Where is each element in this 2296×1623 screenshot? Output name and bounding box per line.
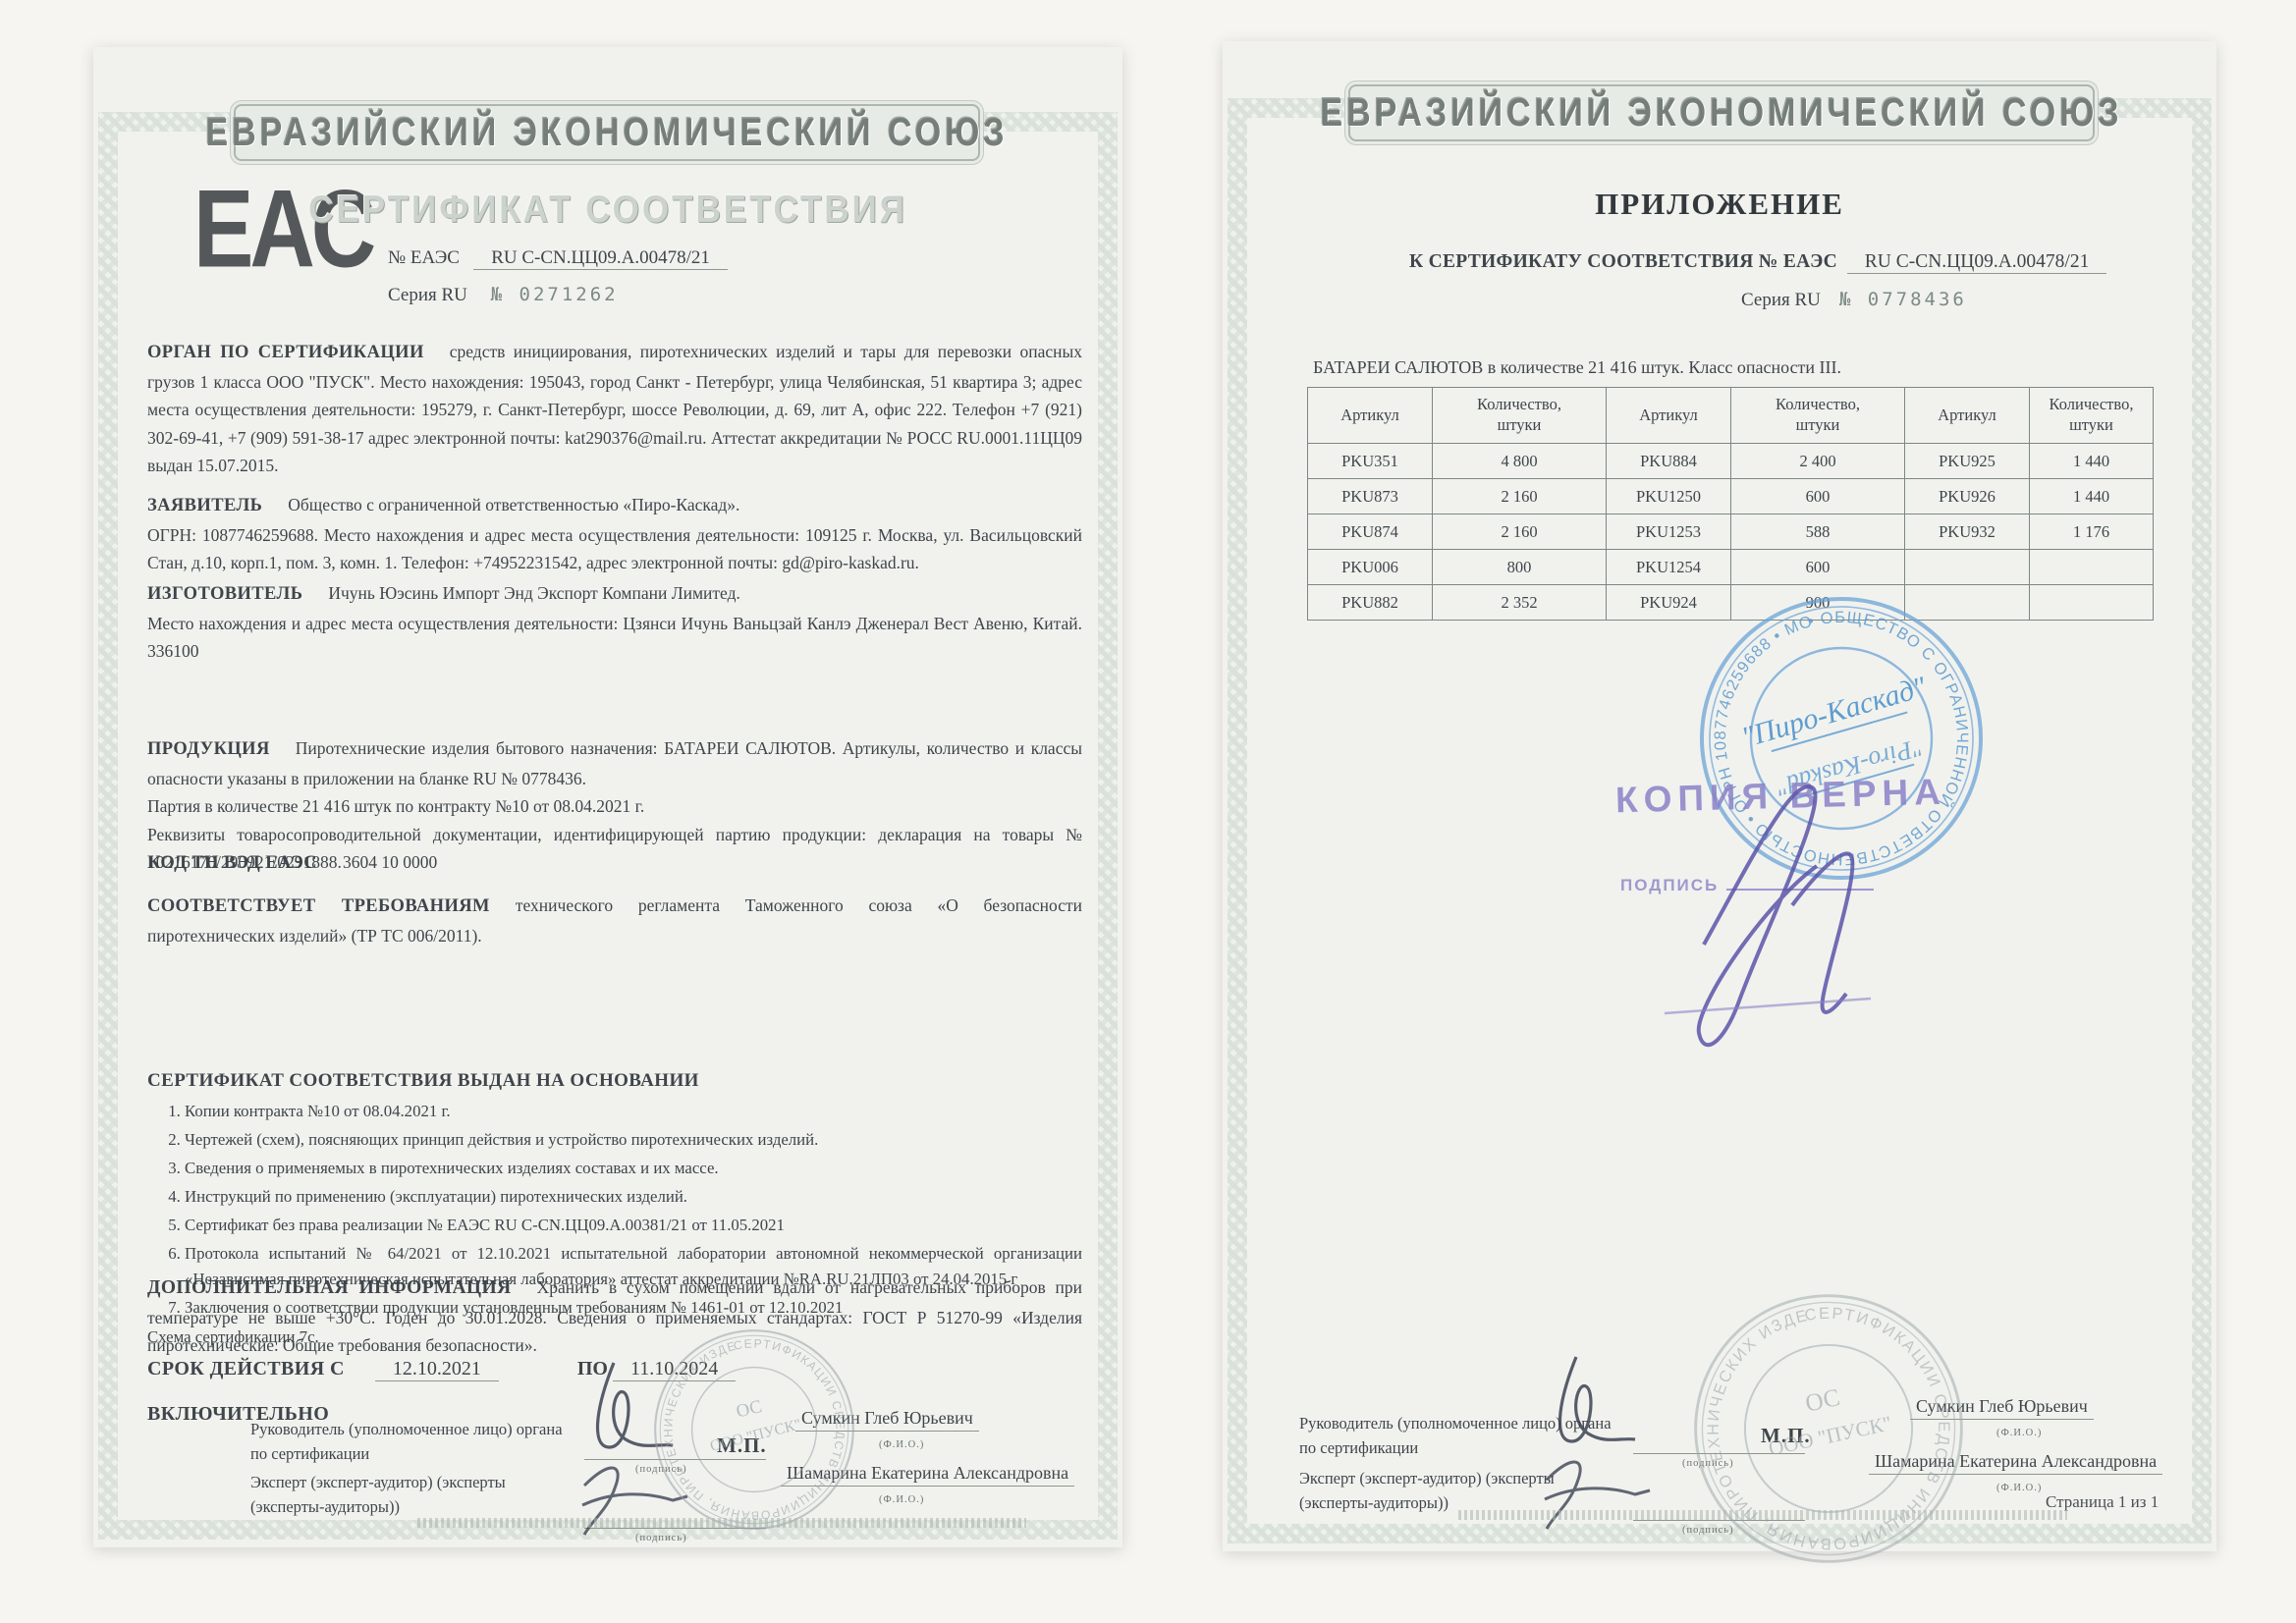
cell: PKU1250: [1607, 479, 1731, 514]
cell: 1 440: [2030, 444, 2154, 479]
annex-series-number: № 0778436: [1839, 289, 1967, 310]
manufacturer-section: ИЗГОТОВИТЕЛЬИчунь Юэсинь Импорт Энд Эксп…: [147, 579, 1082, 666]
annex-title: ПРИЛОЖЕНИЕ: [1223, 187, 2216, 222]
cell: 2 160: [1433, 479, 1607, 514]
cell: PKU926: [1905, 479, 2030, 514]
table-row: PKU3514 800PKU8842 400PKU9251 440: [1308, 444, 2154, 479]
annex-subtitle-label: К СЕРТИФИКАТУ СООТВЕТСТВИЯ № ЕАЭС: [1409, 251, 1837, 272]
page-number-note: Страница 1 из 1: [2046, 1492, 2159, 1512]
printer-microtext: [417, 1518, 1026, 1528]
manufacturer-label: ИЗГОТОВИТЕЛЬ: [147, 584, 302, 604]
certification-body-section: ОРГАН ПО СЕРТИФИКАЦИИсредств инициирован…: [147, 338, 1082, 479]
applicant-name: Общество с ограниченной ответственностью…: [288, 495, 739, 514]
applicant-details: ОГРН: 1087746259688. Место нахождения и …: [147, 521, 1082, 577]
validity-from: 12.10.2021: [375, 1358, 499, 1381]
additional-info-label: ДОПОЛНИТЕЛЬНАЯ ИНФОРМАЦИЯ: [147, 1277, 512, 1298]
os-stamp-center2: ООО "ПУСК": [1767, 1411, 1894, 1460]
certificate-page: ЕВРАЗИЙСКИЙ ЭКОНОМИЧЕСКИЙ СОЮЗ EAC СЕРТИ…: [93, 47, 1122, 1547]
additional-info-section: ДОПОЛНИТЕЛЬНАЯ ИНФОРМАЦИЯХранить в сухом…: [147, 1272, 1082, 1359]
cell: PKU882: [1308, 585, 1433, 621]
cell: [2030, 550, 2154, 585]
os-stamp-center2: ООО "ПУСК": [708, 1416, 802, 1454]
cell: PKU006: [1308, 550, 1433, 585]
eaeu-banner: ЕВРАЗИЙСКИЙ ЭКОНОМИЧЕСКИЙ СОЮЗ: [1348, 84, 2095, 141]
col-header: Количество,штуки: [1731, 388, 1905, 444]
cell: PKU1254: [1607, 550, 1731, 585]
cell: 1 440: [2030, 479, 2154, 514]
certificate-title: СЕРТИФИКАТ СООТВЕТСТВИЯ: [93, 189, 1122, 232]
certificate-number-line: № ЕАЭС RU C-CN.ЦЦ09.А.00478/21: [388, 247, 728, 269]
cell: PKU925: [1905, 444, 2030, 479]
col-header: Количество,штуки: [1433, 388, 1607, 444]
manufacturer-details: Место нахождения и адрес места осуществл…: [147, 610, 1082, 666]
table-header-row: Артикул Количество,штуки Артикул Количес…: [1308, 388, 2154, 444]
expert-signer-label: Эксперт (эксперт-аудитор) (эксперты (экс…: [250, 1471, 574, 1520]
cell: 2 352: [1433, 585, 1607, 621]
cell: PKU351: [1308, 444, 1433, 479]
basis-item: Инструкций по применению (эксплуатации) …: [185, 1184, 1082, 1210]
cell: 2 160: [1433, 514, 1607, 550]
cell: PKU1253: [1607, 514, 1731, 550]
eaeu-banner: ЕВРАЗИЙСКИЙ ЭКОНОМИЧЕСКИЙ СОЮЗ: [234, 104, 980, 161]
annex-series-line: Серия RU № 0778436: [1741, 289, 1967, 311]
tnved-label: КОД ТН ВЭД ЕАЭС: [147, 853, 317, 873]
fio-caption: (Ф.И.О.): [1996, 1428, 2042, 1438]
cell: 4 800: [1433, 444, 1607, 479]
cell: PKU924: [1607, 585, 1731, 621]
applicant-section: ЗАЯВИТЕЛЬОбщество с ограниченной ответст…: [147, 491, 1082, 577]
product-label: ПРОДУКЦИЯ: [147, 739, 270, 759]
compliance-section: СООТВЕТСТВУЕТ ТРЕБОВАНИЯМтехнического ре…: [147, 892, 1082, 949]
table-row: PKU006800PKU1254600: [1308, 550, 2154, 585]
os-round-stamp: СЕРТИФИКАЦИИ СРЕДСТВ ИНИЦИИРОВАНИЯ, ПИРО…: [1660, 1260, 1997, 1597]
manufacturer-name: Ичунь Юэсинь Импорт Энд Экспорт Компани …: [328, 583, 740, 603]
basis-label: СЕРТИФИКАТ СООТВЕТСТВИЯ ВЫДАН НА ОСНОВАН…: [147, 1070, 699, 1091]
cell: PKU873: [1308, 479, 1433, 514]
cell: 1 176: [2030, 514, 2154, 550]
printer-microtext: [1458, 1510, 2067, 1520]
eaeu-banner-label: ЕВРАЗИЙСКИЙ ЭКОНОМИЧЕСКИЙ СОЮЗ: [205, 110, 1008, 155]
applicant-label: ЗАЯВИТЕЛЬ: [147, 496, 262, 515]
cell: 800: [1433, 550, 1607, 585]
compliance-label: СООТВЕТСТВУЕТ ТРЕБОВАНИЯМ: [147, 896, 490, 916]
head-signer-label: Руководитель (уполномоченное лицо) орган…: [250, 1418, 574, 1467]
fio-caption: (Ф.И.О.): [879, 1494, 924, 1505]
series-number: № 0271262: [491, 284, 619, 305]
product-text: Пиротехнические изделия бытового назначе…: [147, 738, 1082, 788]
cell: 2 400: [1731, 444, 1905, 479]
annex-series-label: Серия RU: [1741, 290, 1821, 310]
fio-caption: (Ф.И.О.): [879, 1439, 924, 1450]
cell: 588: [1731, 514, 1905, 550]
product-batch: Партия в количестве 21 416 штук по контр…: [147, 792, 1082, 820]
basis-item: Чертежей (схем), поясняющих принцип дейс…: [185, 1127, 1082, 1153]
os-stamp-center1: ОС: [1803, 1384, 1842, 1418]
series-line: Серия RU № 0271262: [388, 284, 619, 306]
cell: [2030, 585, 2154, 621]
copy-ink-signature: [1645, 719, 1900, 1072]
quantity-table: Артикул Количество,штуки Артикул Количес…: [1307, 387, 2154, 621]
col-header: Артикул: [1905, 388, 2030, 444]
validity-label: СРОК ДЕЙСТВИЯ С: [147, 1358, 345, 1380]
series-label: Серия RU: [388, 285, 467, 305]
basis-item: Сертификат без права реализации № ЕАЭС R…: [185, 1213, 1082, 1238]
certification-body-label: ОРГАН ПО СЕРТИФИКАЦИИ: [147, 343, 424, 362]
table-row: PKU8732 160PKU1250600PKU9261 440: [1308, 479, 2154, 514]
basis-item: Сведения о применяемых в пиротехнических…: [185, 1156, 1082, 1181]
cell: PKU932: [1905, 514, 2030, 550]
col-header: Количество,штуки: [2030, 388, 2154, 444]
tnved-section: КОД ТН ВЭД ЕАЭС3604 10 0000: [147, 848, 1082, 879]
annex-intro: БАТАРЕИ САЛЮТОВ в количестве 21 416 штук…: [1313, 357, 1841, 378]
col-header: Артикул: [1308, 388, 1433, 444]
os-stamp-center1: ОС: [735, 1396, 765, 1423]
basis-item: Копии контракта №10 от 08.04.2021 г.: [185, 1099, 1082, 1124]
tnved-value: 3604 10 0000: [343, 852, 437, 872]
certificate-number-value: RU C-CN.ЦЦ09.А.00478/21: [473, 247, 728, 270]
cell: PKU874: [1308, 514, 1433, 550]
annex-cert-number: RU C-CN.ЦЦ09.А.00478/21: [1847, 251, 2107, 274]
cell: PKU884: [1607, 444, 1731, 479]
cell: 600: [1731, 479, 1905, 514]
annex-page: ЕВРАЗИЙСКИЙ ЭКОНОМИЧЕСКИЙ СОЮЗ ПРИЛОЖЕНИ…: [1223, 41, 2216, 1551]
annex-subtitle-line: К СЕРТИФИКАТУ СООТВЕТСТВИЯ № ЕАЭС RU C-C…: [1409, 251, 2106, 273]
fio-caption: (Ф.И.О.): [1996, 1483, 2042, 1493]
table-row: PKU8742 160PKU1253588PKU9321 176: [1308, 514, 2154, 550]
certificate-number-label: № ЕАЭС: [388, 247, 460, 268]
table-row: PKU8822 352PKU924900: [1308, 585, 2154, 621]
col-header: Артикул: [1607, 388, 1731, 444]
eaeu-banner-label: ЕВРАЗИЙСКИЙ ЭКОНОМИЧЕСКИЙ СОЮЗ: [1320, 90, 2122, 135]
